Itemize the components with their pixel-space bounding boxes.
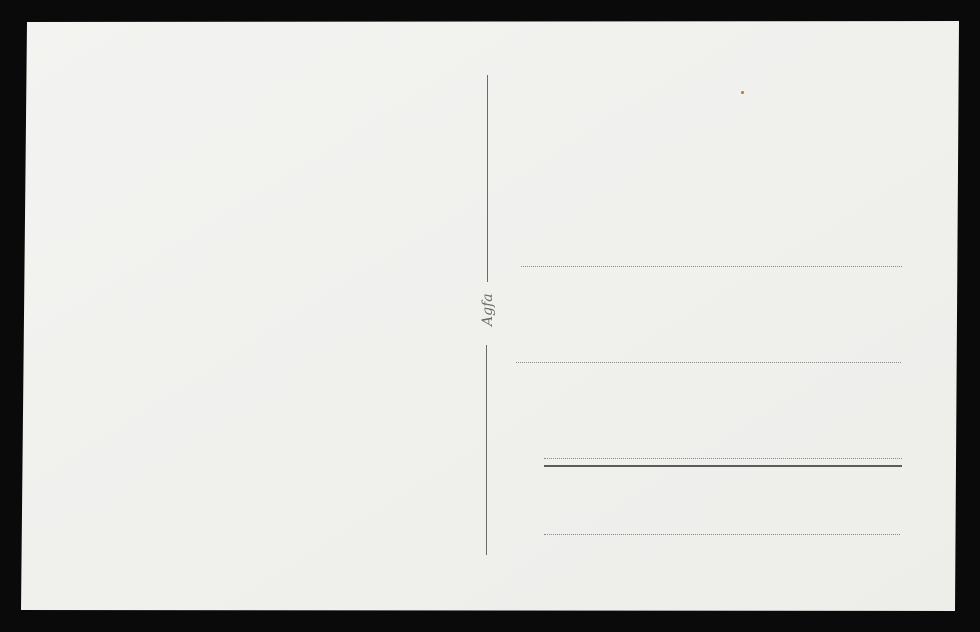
address-line-3-underline	[544, 465, 902, 467]
address-line-4	[544, 534, 900, 535]
divider-line-upper	[487, 75, 488, 282]
address-line-2	[516, 362, 901, 363]
publisher-mark: Agfa	[466, 302, 510, 326]
postcard-back: Agfa	[0, 0, 980, 632]
divider-line-lower	[486, 345, 487, 555]
paper-speck	[741, 91, 744, 94]
address-line-1	[521, 266, 902, 267]
address-line-3	[544, 458, 902, 459]
